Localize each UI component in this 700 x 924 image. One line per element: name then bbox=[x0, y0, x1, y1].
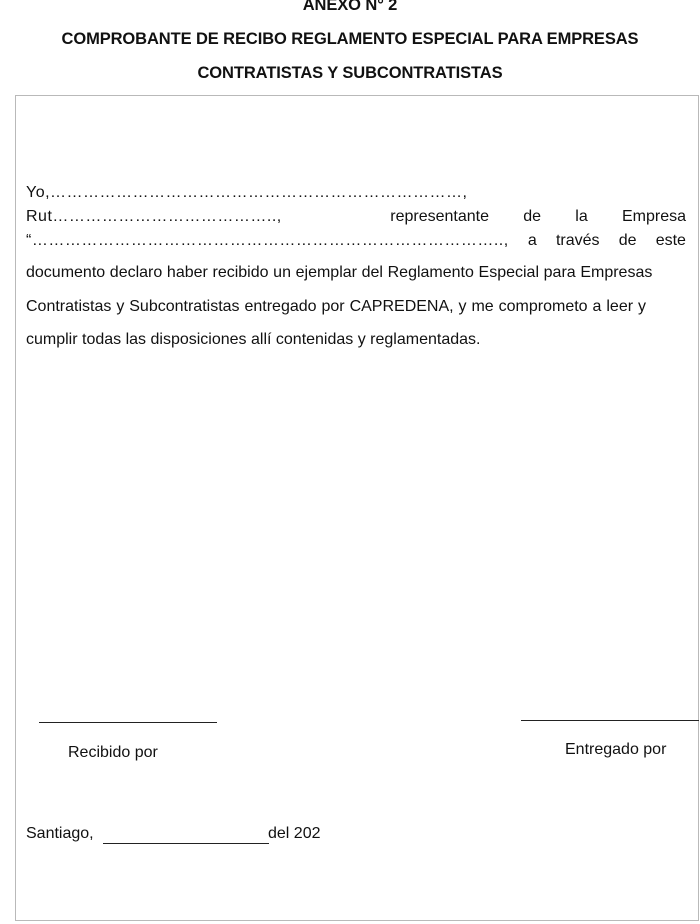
annex-number: ANEXO N° 2 bbox=[0, 0, 700, 15]
rut-field[interactable]: Rut………………………………….., bbox=[26, 208, 282, 232]
received-signature-line[interactable] bbox=[39, 722, 217, 723]
word: este bbox=[656, 232, 686, 256]
word: a bbox=[528, 232, 537, 256]
name-line: Yo,…………………………………………………………………, bbox=[26, 184, 686, 208]
rut-line: Rut………………………………….., representante de la … bbox=[26, 208, 686, 232]
word: la bbox=[575, 208, 587, 232]
declaration-line-2: Contratistas y Subcontratistas entregado… bbox=[26, 298, 686, 322]
word: Empresa bbox=[622, 208, 686, 232]
company-line: “………………………………………………………………………….., a travé… bbox=[26, 232, 686, 256]
date-field[interactable] bbox=[103, 843, 269, 844]
year-label: del 202 bbox=[268, 825, 321, 843]
delivered-signature-line[interactable] bbox=[521, 720, 699, 721]
city-label: Santiago, bbox=[26, 825, 94, 843]
document-title-line-1: COMPROBANTE DE RECIBO REGLAMENTO ESPECIA… bbox=[0, 30, 700, 49]
declaration-line-3: cumplir todas las disposiciones allí con… bbox=[26, 331, 686, 355]
received-by-label: Recibido por bbox=[68, 744, 158, 762]
word: representante bbox=[390, 208, 489, 232]
delivered-by-label: Entregado por bbox=[565, 741, 666, 759]
declaration-line-1: documento declaro haber recibido un ejem… bbox=[26, 264, 686, 288]
name-field[interactable]: Yo,…………………………………………………………………, bbox=[26, 184, 468, 201]
document-title-line-2: CONTRATISTAS Y SUBCONTRATISTAS bbox=[0, 64, 700, 83]
word: través bbox=[556, 232, 600, 256]
company-field[interactable]: “………………………………………………………………………….., bbox=[26, 232, 509, 256]
word: de bbox=[619, 232, 637, 256]
word: de bbox=[523, 208, 541, 232]
